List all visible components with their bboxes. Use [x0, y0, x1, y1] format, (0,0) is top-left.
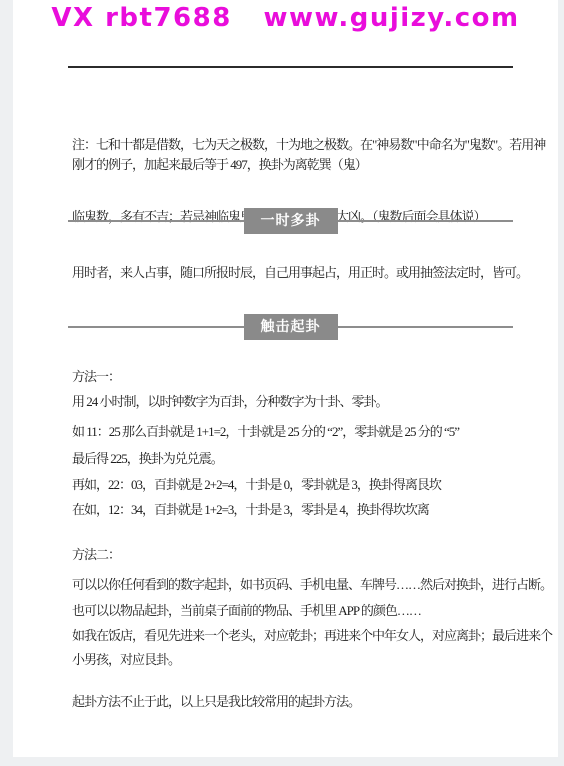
section-divider-1: 一时多卦 [68, 208, 513, 234]
section-title-badge: 触击起卦 [244, 314, 338, 340]
example-result-paragraph: 刚才的例子，加起来最后等于 497，换卦为离乾巽（鬼） [72, 153, 552, 177]
method2-heading: 方法二： [72, 543, 552, 567]
method2-line-1: 可以以你任何看到的数字起卦，如书页码、手机电量、车牌号……然后对换卦，进行占断。 [72, 573, 552, 597]
watermark-banner: VX rbt7688 www.gujizy.com [13, 3, 558, 33]
closing-paragraph: 起卦方法不止于此，以上只是我比较常用的起卦方法。 [72, 690, 552, 714]
method1-line-1: 用 24 小时制，以时钟数字为百卦，分种数字为十卦、零卦。 [72, 390, 552, 414]
method2-line-4: 小男孩，对应艮卦。 [72, 648, 552, 672]
method1-line-2: 如 11：25 那么百卦就是 1+1=2，十卦就是 25 分的 “2”，零卦就是… [72, 420, 552, 444]
section1-body: 用时者，来人占事，随口所报时辰，自己用事起占，用正时。或用抽签法定时，皆可。 [72, 261, 552, 285]
method1-line-5: 在如，12：34，百卦就是 1+2=3，十卦是 3，零卦是 4，换卦得坎坎离 [72, 498, 552, 522]
top-divider-line [68, 66, 513, 68]
method1-heading: 方法一： [72, 365, 552, 389]
section-divider-2: 触击起卦 [68, 314, 513, 340]
page-background: VX rbt7688 www.gujizy.com 注：七和十都是借数，七为天之… [0, 0, 564, 766]
section-title-badge: 一时多卦 [244, 208, 338, 234]
document-page: VX rbt7688 www.gujizy.com 注：七和十都是借数，七为天之… [13, 0, 558, 757]
method2-line-2: 也可以以物品起卦，当前桌子面前的物品、手机里 APP 的颜色…… [72, 599, 552, 623]
method1-line-4: 再如，22：03，百卦就是 2+2=4，十卦是 0，零卦就是 3，换卦得离艮坎 [72, 473, 552, 497]
method1-line-3: 最后得 225，换卦为兑兑震。 [72, 447, 552, 471]
note-paragraph: 注：七和十都是借数，七为天之极数，十为地之极数。在"神易数"中命名为"鬼数"。若… [72, 85, 552, 277]
method2-line-3: 如我在饭店，看见先进来一个老头，对应乾卦；再进来个中年女人，对应离卦；最后进来个 [72, 624, 552, 648]
